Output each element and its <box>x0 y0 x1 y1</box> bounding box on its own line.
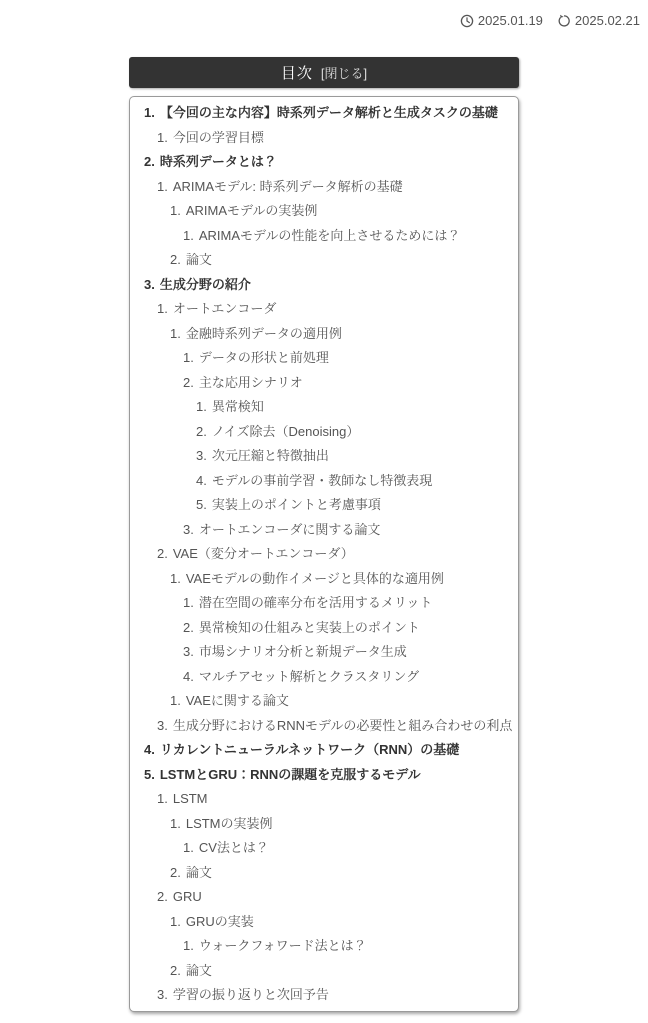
toc-item-label: 次元圧縮と特徴抽出 <box>212 444 329 469</box>
published-date: 2025.01.19 <box>478 13 543 28</box>
toc-item-number: 5. <box>196 493 207 518</box>
toc-item-number: 2. <box>157 542 168 567</box>
toc-item-label: 学習の振り返りと次回予告 <box>173 983 329 1008</box>
toc-item-label: 論文 <box>186 959 212 984</box>
toc-item-number: 1. <box>183 346 194 371</box>
toc-item-label: CV法とは？ <box>199 836 269 861</box>
toc-item[interactable]: 2.異常検知の仕組みと実装上のポイント <box>144 616 508 641</box>
toc-item-number: 1. <box>183 591 194 616</box>
toc-item[interactable]: 1.金融時系列データの適用例 <box>144 322 508 347</box>
toc-item[interactable]: 1.VAEモデルの動作イメージと具体的な適用例 <box>144 567 508 592</box>
toc-item-label: VAEに関する論文 <box>186 689 289 714</box>
page: 2025.01.19 2025.02.21 目次 [閉じる] 1.【今回の主な内… <box>0 0 648 1023</box>
toc-title: 目次 <box>281 62 313 83</box>
toc-item-number: 2. <box>170 248 181 273</box>
toc-item-label: ウォークフォワード法とは？ <box>199 934 367 959</box>
published-date-group: 2025.01.19 <box>460 13 543 28</box>
post-dates: 2025.01.19 2025.02.21 <box>460 13 640 28</box>
toc-item-label: 潜在空間の確率分布を活用するメリット <box>199 591 432 616</box>
toc-item[interactable]: 2.ノイズ除去（Denoising） <box>144 420 508 445</box>
toc-item-label: 異常検知の仕組みと実装上のポイント <box>199 616 420 641</box>
toc-item-number: 1. <box>170 322 181 347</box>
toc-item-label: リカレントニューラルネットワーク（RNN）の基礎 <box>160 738 459 763</box>
toc-item-label: LSTMの実装例 <box>186 812 273 837</box>
toc-item-label: データの形状と前処理 <box>199 346 329 371</box>
toc-item[interactable]: 2.主な応用シナリオ <box>144 371 508 396</box>
toc-item[interactable]: 3.オートエンコーダに関する論文 <box>144 518 508 543</box>
toc-item[interactable]: 2.論文 <box>144 959 508 984</box>
toc-item-label: LSTM <box>173 787 208 812</box>
toc-item-number: 1. <box>157 297 168 322</box>
toc-item-label: GRU <box>173 885 202 910</box>
toc-item-number: 2. <box>183 616 194 641</box>
toc-item[interactable]: 3.生成分野におけるRNNモデルの必要性と組み合わせの利点 <box>144 714 508 739</box>
toc-item-number: 3. <box>144 273 155 298</box>
toc-item-number: 3. <box>196 444 207 469</box>
toc-item-label: 論文 <box>186 861 212 886</box>
toc-item-label: モデルの事前学習・教師なし特徴表現 <box>212 469 432 494</box>
toc-item-number: 3. <box>157 983 168 1008</box>
toc-item-label: オートエンコーダ <box>173 297 276 322</box>
toc-item-label: 金融時系列データの適用例 <box>186 322 342 347</box>
updated-date-group: 2025.02.21 <box>557 13 640 28</box>
toc-item-number: 1. <box>144 101 155 126</box>
toc-item-number: 3. <box>183 518 194 543</box>
toc-item-label: VAEモデルの動作イメージと具体的な適用例 <box>186 567 444 592</box>
toc-item-label: 今回の学習目標 <box>173 126 264 151</box>
toc-item[interactable]: 1.LSTM <box>144 787 508 812</box>
toc-item-label: ARIMAモデルの性能を向上させるためには？ <box>199 224 461 249</box>
clock-icon <box>460 14 474 28</box>
toc-close-button[interactable]: [閉じる] <box>321 63 367 82</box>
toc-item-number: 1. <box>170 910 181 935</box>
toc-item[interactable]: 1.【今回の主な内容】時系列データ解析と生成タスクの基礎 <box>144 101 508 126</box>
toc-item-number: 1. <box>170 567 181 592</box>
toc-item-number: 1. <box>157 126 168 151</box>
toc-item-number: 5. <box>144 763 155 788</box>
toc-item-label: GRUの実装 <box>186 910 254 935</box>
toc-item-number: 1. <box>157 175 168 200</box>
toc-item-label: 生成分野におけるRNNモデルの必要性と組み合わせの利点 <box>173 714 513 739</box>
toc-item[interactable]: 3.生成分野の紹介 <box>144 273 508 298</box>
toc-item-label: 生成分野の紹介 <box>160 273 251 298</box>
toc-item-number: 2. <box>157 885 168 910</box>
toc-item-number: 2. <box>144 150 155 175</box>
toc-item-label: 主な応用シナリオ <box>199 371 303 396</box>
toc-item-number: 1. <box>183 836 194 861</box>
toc-item-number: 4. <box>196 469 207 494</box>
toc-item-number: 2. <box>196 420 207 445</box>
toc-item-number: 1. <box>183 224 194 249</box>
toc-item-number: 4. <box>183 665 194 690</box>
toc-item-label: オートエンコーダに関する論文 <box>199 518 380 543</box>
toc-item-label: マルチアセット解析とクラスタリング <box>199 665 419 690</box>
toc-item[interactable]: 2.時系列データとは？ <box>144 150 508 175</box>
toc-item[interactable]: 1.異常検知 <box>144 395 508 420</box>
toc-item[interactable]: 4.モデルの事前学習・教師なし特徴表現 <box>144 469 508 494</box>
toc-item[interactable]: 2.VAE（変分オートエンコーダ） <box>144 542 508 567</box>
toc-item-label: ノイズ除去（Denoising） <box>212 420 360 445</box>
update-history-icon <box>557 14 571 28</box>
toc-item[interactable]: 3.学習の振り返りと次回予告 <box>144 983 508 1008</box>
toc-item-label: LSTMとGRU：RNNの課題を克服するモデル <box>160 763 421 788</box>
toc-item-number: 2. <box>170 861 181 886</box>
toc-item[interactable]: 4.マルチアセット解析とクラスタリング <box>144 665 508 690</box>
toc-item[interactable]: 1.CV法とは？ <box>144 836 508 861</box>
toc-item[interactable]: 5.LSTMとGRU：RNNの課題を克服するモデル <box>144 763 508 788</box>
toc-item-number: 2. <box>183 371 194 396</box>
toc-item-label: 実装上のポイントと考慮事項 <box>212 493 381 518</box>
toc-item-number: 1. <box>183 934 194 959</box>
toc-item[interactable]: 1.VAEに関する論文 <box>144 689 508 714</box>
toc-box: 1.【今回の主な内容】時系列データ解析と生成タスクの基礎1.今回の学習目標2.時… <box>129 96 519 1012</box>
toc-header: 目次 [閉じる] <box>129 57 519 88</box>
toc-item-label: VAE（変分オートエンコーダ） <box>173 542 354 567</box>
toc-item-label: ARIMAモデルの実装例 <box>186 199 318 224</box>
toc-item[interactable]: 2.論文 <box>144 248 508 273</box>
toc-item[interactable]: 1.ウォークフォワード法とは？ <box>144 934 508 959</box>
toc-item-label: ARIMAモデル: 時系列データ解析の基礎 <box>173 175 403 200</box>
toc-item-number: 1. <box>157 787 168 812</box>
toc-item-number: 1. <box>170 812 181 837</box>
toc-item[interactable]: 1.ARIMAモデルの実装例 <box>144 199 508 224</box>
toc-item[interactable]: 2.GRU <box>144 885 508 910</box>
toc-item-number: 1. <box>170 689 181 714</box>
toc-item-label: 市場シナリオ分析と新規データ生成 <box>199 640 407 665</box>
toc-item-number: 1. <box>196 395 207 420</box>
toc-item-label: 異常検知 <box>212 395 264 420</box>
toc-item-number: 1. <box>170 199 181 224</box>
toc-item[interactable]: 2.論文 <box>144 861 508 886</box>
toc-item[interactable]: 1.オートエンコーダ <box>144 297 508 322</box>
toc-item[interactable]: 1.今回の学習目標 <box>144 126 508 151</box>
updated-date: 2025.02.21 <box>575 13 640 28</box>
toc-item-label: 【今回の主な内容】時系列データ解析と生成タスクの基礎 <box>160 101 498 126</box>
toc-item[interactable]: 4.リカレントニューラルネットワーク（RNN）の基礎 <box>144 738 508 763</box>
toc-item-number: 3. <box>157 714 168 739</box>
toc-item[interactable]: 1.ARIMAモデル: 時系列データ解析の基礎 <box>144 175 508 200</box>
toc-item-number: 4. <box>144 738 155 763</box>
toc-item[interactable]: 3.市場シナリオ分析と新規データ生成 <box>144 640 508 665</box>
toc-item[interactable]: 5.実装上のポイントと考慮事項 <box>144 493 508 518</box>
toc-item[interactable]: 3.次元圧縮と特徴抽出 <box>144 444 508 469</box>
toc-item[interactable]: 1.LSTMの実装例 <box>144 812 508 837</box>
toc-item-label: 論文 <box>186 248 212 273</box>
toc-item[interactable]: 1.GRUの実装 <box>144 910 508 935</box>
toc-item-label: 時系列データとは？ <box>160 150 277 175</box>
toc-item[interactable]: 1.潜在空間の確率分布を活用するメリット <box>144 591 508 616</box>
toc-item-number: 2. <box>170 959 181 984</box>
toc-item[interactable]: 1.データの形状と前処理 <box>144 346 508 371</box>
toc-item[interactable]: 1.ARIMAモデルの性能を向上させるためには？ <box>144 224 508 249</box>
toc-list: 1.【今回の主な内容】時系列データ解析と生成タスクの基礎1.今回の学習目標2.時… <box>144 101 508 1008</box>
toc-item-number: 3. <box>183 640 194 665</box>
